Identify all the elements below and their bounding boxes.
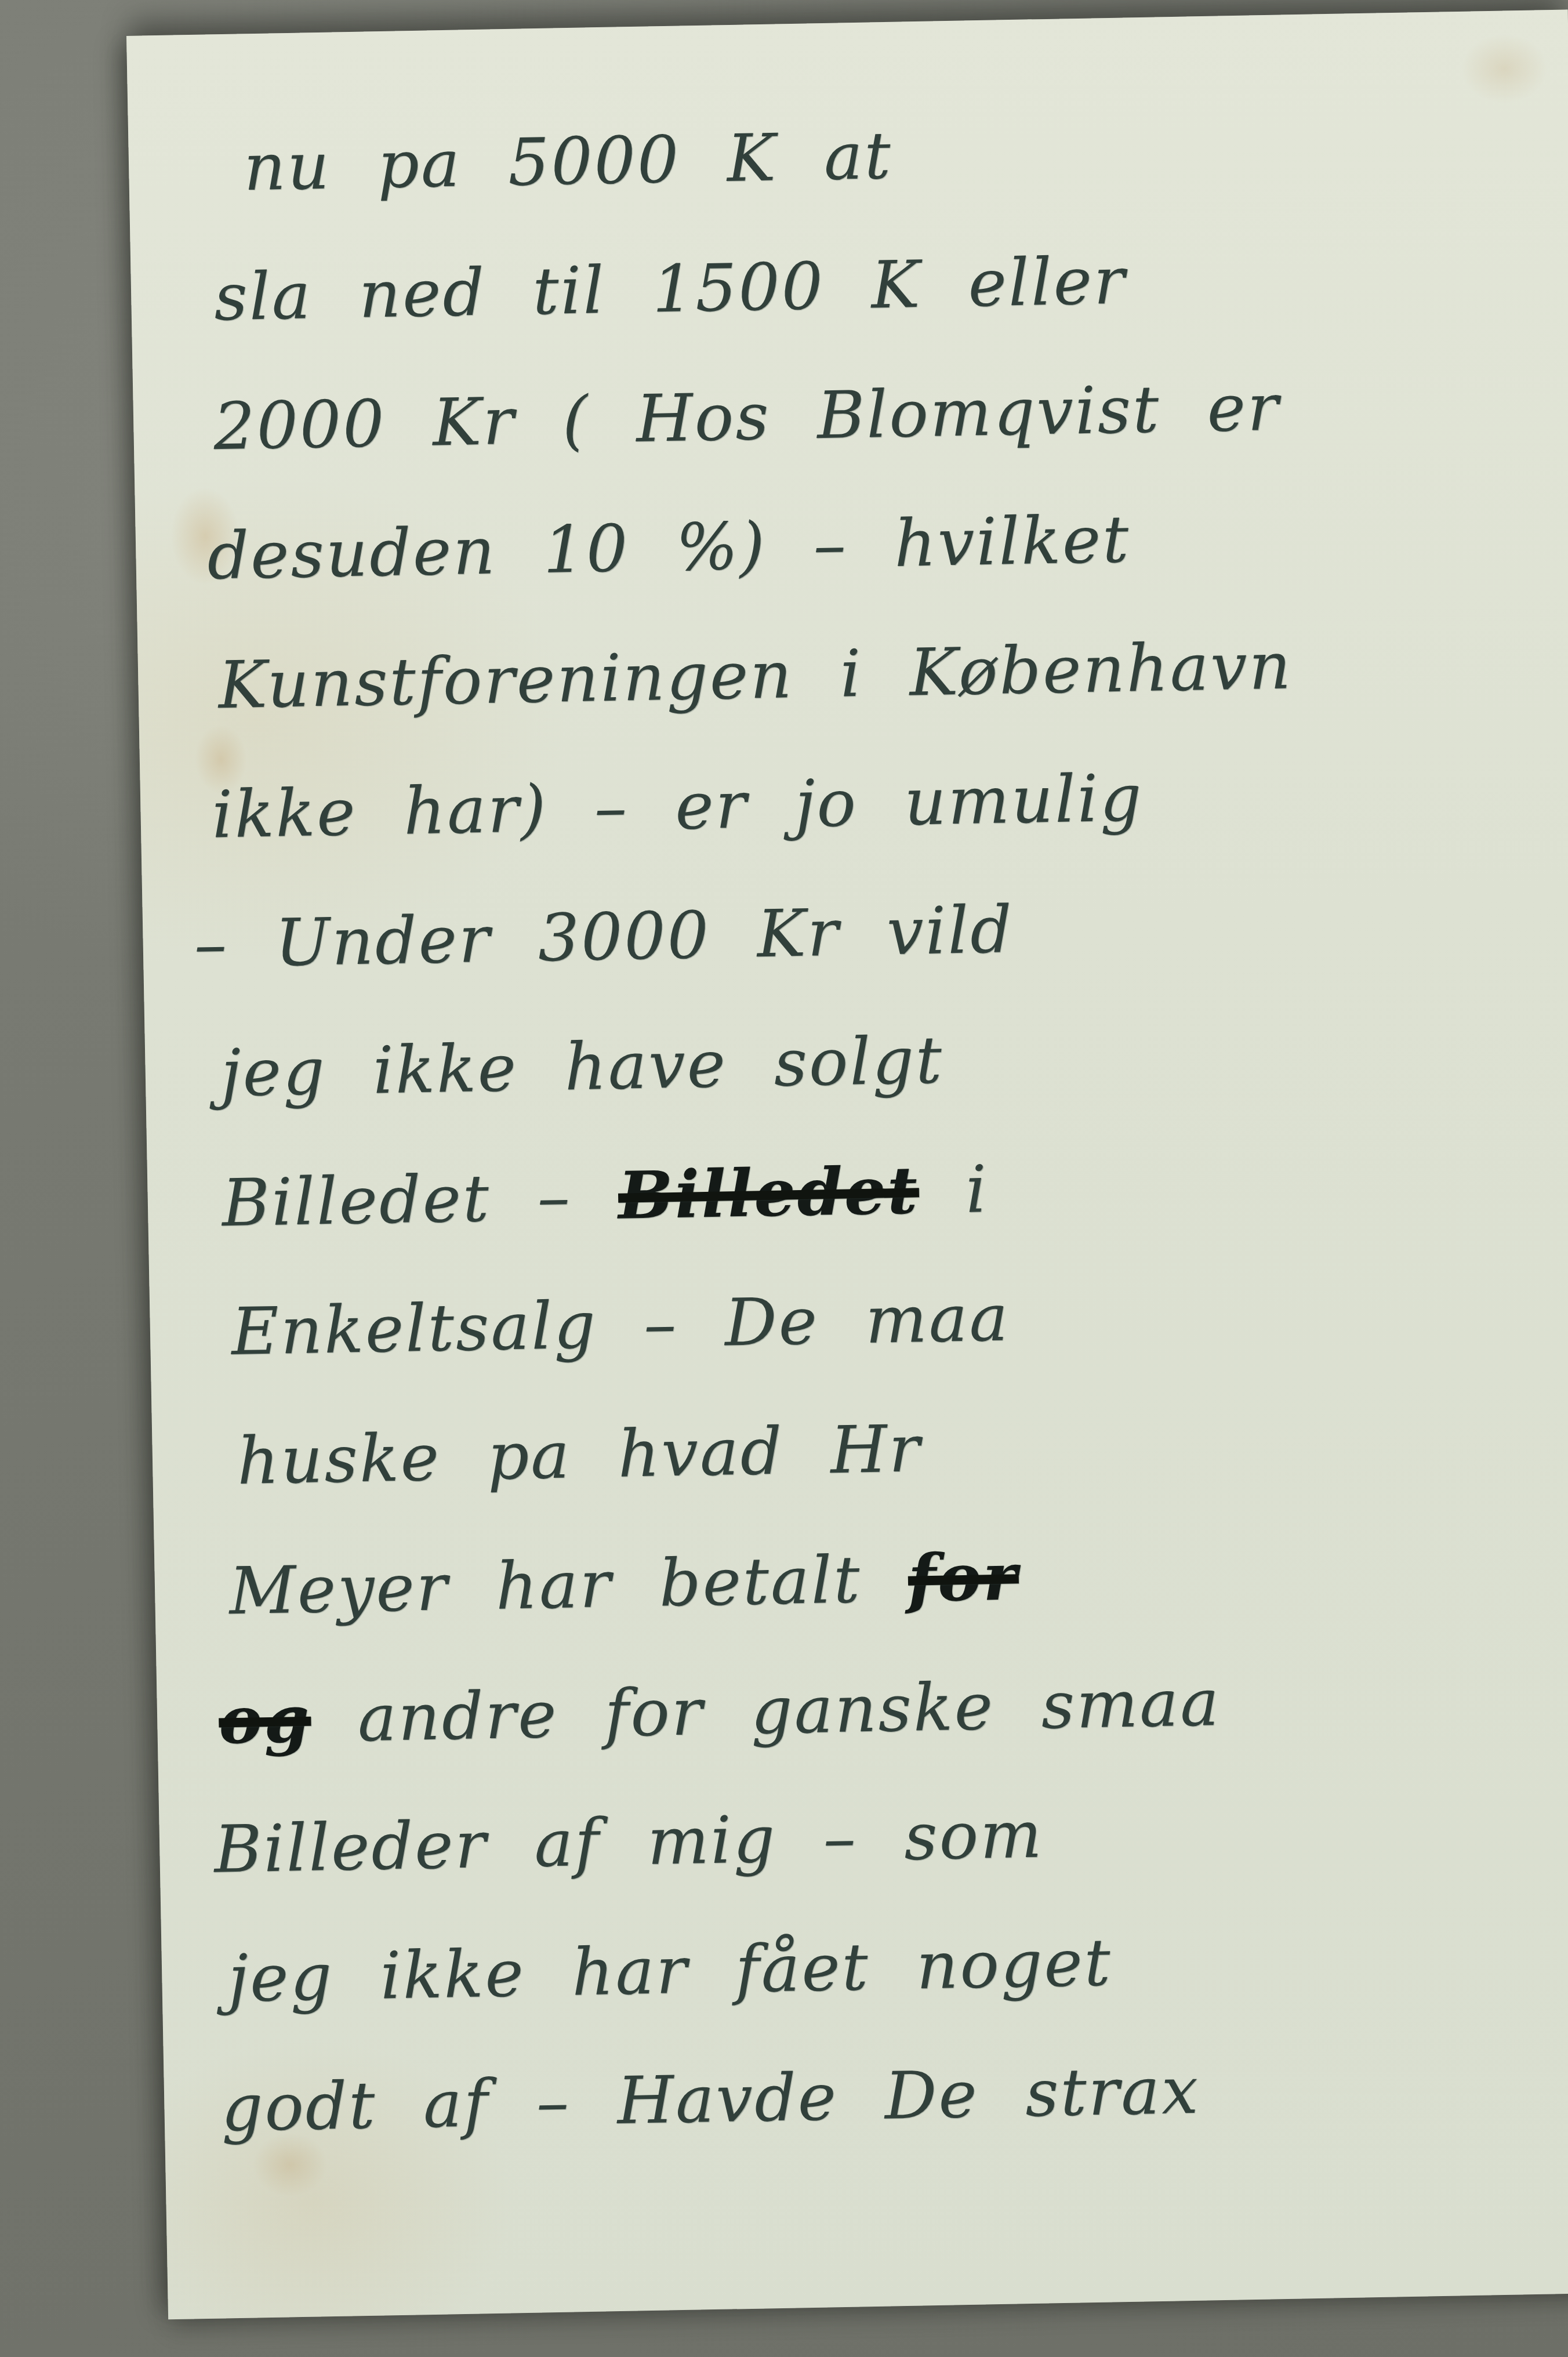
handwritten-line: sla ned til 1500 K eller: [213, 209, 1552, 362]
letter-paper-sheet: nu pa 5000 K at sla ned til 1500 K eller…: [126, 9, 1568, 2319]
line-text: jeg ikke have solgt: [220, 1022, 944, 1111]
line-text: 2000 Kr ( Hos Blomqvist er: [213, 370, 1280, 465]
handwritten-line: Enkeltsalg – De maa: [230, 1243, 1568, 1397]
handwritten-line: jeg ikke have solgt: [220, 985, 1566, 1138]
line-text: Meyer har betalt: [228, 1542, 909, 1629]
line-text: Billedet –: [222, 1159, 619, 1241]
handwritten-line: 2000 Kr ( Hos Blomqvist er: [212, 338, 1554, 492]
line-text: nu pa 5000 K at: [243, 118, 893, 205]
struck-out-word: og: [218, 1681, 311, 1759]
scanned-letter: nu pa 5000 K at sla ned til 1500 K eller…: [0, 0, 1568, 2357]
handwritten-line: ikke har) – er jo umulig: [211, 726, 1562, 880]
struck-out-word: for: [908, 1539, 1019, 1616]
line-text: huske pa hvad Hr: [237, 1411, 922, 1499]
line-text: andre for ganske smaa: [310, 1665, 1221, 1757]
line-text: sla ned til 1500 K eller: [213, 243, 1127, 335]
handwritten-line: – Under 3000 Kr vild: [193, 855, 1564, 1010]
handwritten-line: jeg ikke har fået noget: [227, 1890, 1568, 2044]
line-text: godt af – Havde De strax: [220, 2053, 1200, 2146]
line-text: ikke har) – er jo umulig: [211, 760, 1144, 853]
handwritten-line: desuden 10 %) – hvilket: [206, 467, 1556, 622]
handwritten-line: Billedet – Billedet i: [221, 1114, 1568, 1268]
line-text: desuden 10 %) – hvilket: [206, 502, 1131, 594]
line-text: i: [919, 1152, 989, 1228]
line-text: Enkeltsalg – De maa: [231, 1280, 1010, 1370]
line-text: – Under 3000 Kr vild: [194, 892, 1014, 982]
line-text: jeg ikke har fået noget: [227, 1925, 1113, 2017]
struck-out-word: Billedet: [618, 1152, 920, 1234]
handwritten-line: Billeder af mig – som: [213, 1761, 1568, 1915]
line-text: Billeder af mig – som: [213, 1797, 1044, 1888]
handwritten-line: Meyer har betalt for: [228, 1502, 1568, 1656]
handwritten-line: og andre for ganske smaa: [217, 1631, 1568, 1786]
handwritten-text-block: nu pa 5000 K at sla ned til 1500 K eller…: [179, 79, 1568, 2174]
line-text: Kunstforeningen i København: [217, 628, 1293, 723]
handwritten-line: godt af – Havde De strax: [220, 2019, 1568, 2174]
handwritten-line: nu pa 5000 K at: [242, 79, 1549, 233]
handwritten-line: huske pa hvad Hr: [236, 1373, 1568, 1526]
handwritten-line: Kunstforeningen i København: [217, 597, 1559, 750]
